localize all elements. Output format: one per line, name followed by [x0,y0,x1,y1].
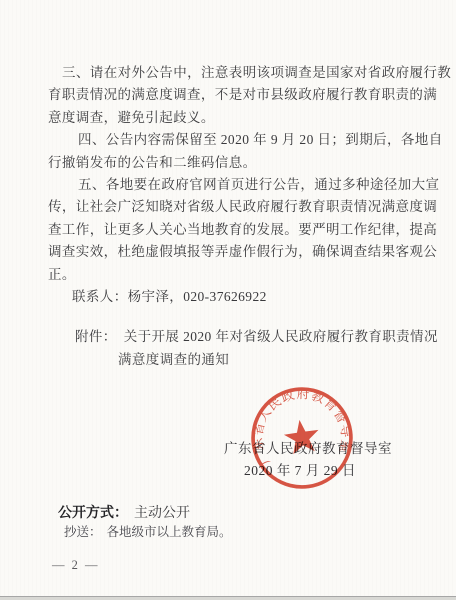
body-text-line: 意度调查，避免引起歧义。 [48,107,434,129]
body-text-line: 行撤销发布的公告和二维码信息。 [48,152,434,174]
body-text-line: 五、各地要在政府官网首页进行公告，通过多种途径加大宣 [48,174,434,196]
attachment-label: 附件： [75,329,117,344]
seal-star-icon [282,417,321,455]
cc-line: 抄送：各地级市以上教育局。 [64,523,232,541]
publicity-method-label: 公开方式： [58,504,128,520]
publicity-method-line: 公开方式：主动公开 [58,502,190,524]
cc-value: 各地级市以上教育局。 [107,525,232,539]
scan-bottom-edge [0,596,456,600]
attachment-title-part1: 关于开展 2020 年对省级人民政府履行教育职责情况 [124,329,438,344]
cc-label: 抄送： [64,525,102,539]
body-text-line: 四、公告内容需保留至 2020 年 9 月 20 日；到期后，各地自 [48,129,434,151]
attachment-title-part2: 满意度调查的通知 [48,349,434,371]
body-text-line: 三、请在对外公告中，注意表明该项调查是国家对省政府履行教 [48,62,434,84]
body-text-line: 查工作，让更多人关心当地教育的发展。要严明工作纪律，提高 [48,219,434,241]
attachment-line: 附件：关于开展 2020 年对省级人民政府履行教育职责情况 [48,326,434,348]
page-number: — 2 — [52,558,100,573]
body-text-line: 育职责情况的满意度调查，不是对市县级政府履行教育职责的满 [48,84,434,106]
body-text-line: 正。 [48,264,434,286]
publicity-method-value: 主动公开 [134,506,190,521]
official-seal-stamp: 广东省人民政府教育督导室 [242,378,362,498]
document-body: 三、请在对外公告中，注意表明该项调查是国家对省政府履行教 育职责情况的满意度调查… [48,62,434,371]
contact-line: 联系人：杨宇泽，020-37626922 [48,286,434,308]
document-page: 三、请在对外公告中，注意表明该项调查是国家对省政府履行教 育职责情况的满意度调查… [0,0,456,600]
body-text-line: 传，让社会广泛知晓对省级人民政府履行教育职责情况满意度调 [48,196,434,218]
body-text-line: 调查实效，杜绝虚假填报等弄虚作假行为，确保调查结果客观公 [48,241,434,263]
